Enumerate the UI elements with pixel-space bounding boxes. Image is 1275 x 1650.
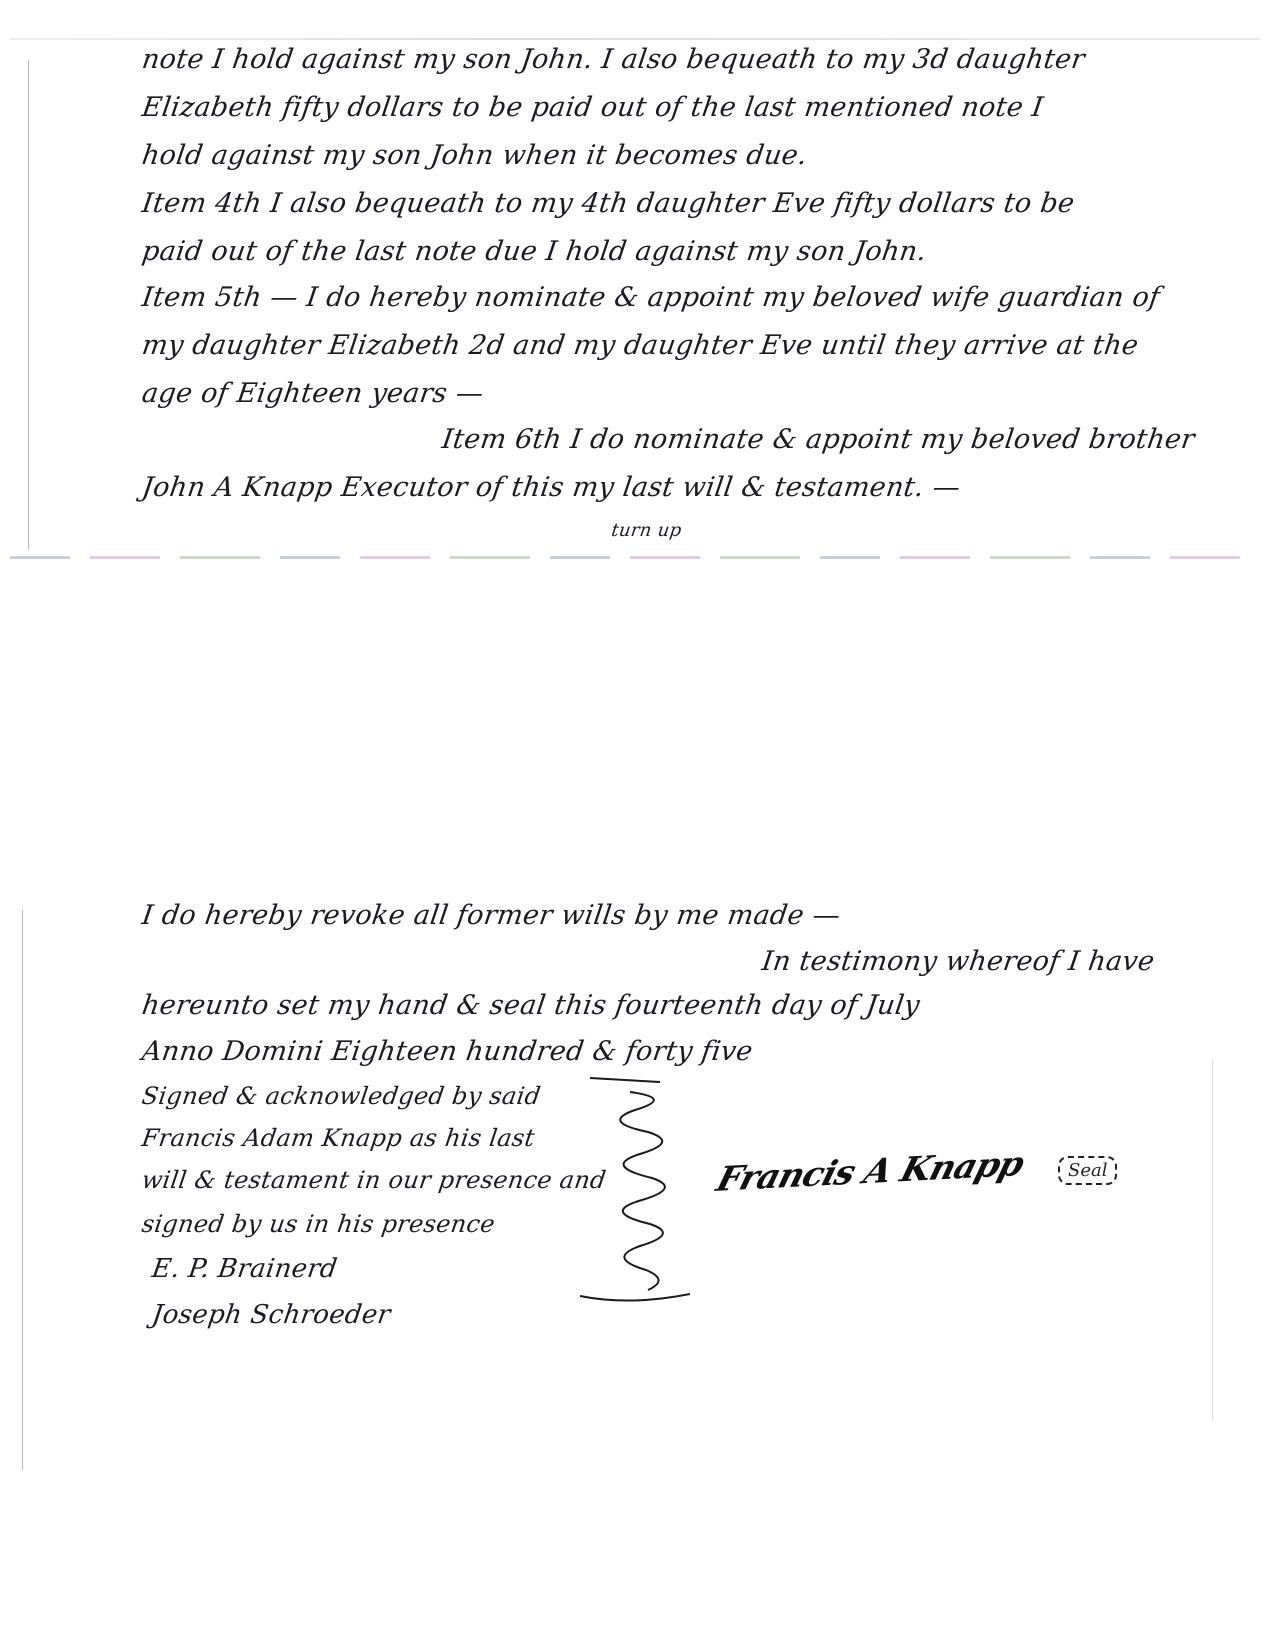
will-line-5: paid out of the last note due I hold aga… [140,236,929,267]
attestation-line-3: will & testament in our presence and [140,1166,608,1194]
scan-edge-line [10,38,1260,40]
seal-label: Seal [1068,1160,1107,1181]
attestation-line-2: Francis Adam Knapp as his last [140,1124,537,1152]
witness-signature-1: E. P. Brainerd [150,1254,339,1284]
will-line-7: my daughter Elizabeth 2d and my daughter… [140,330,1140,361]
date-line-1: hereunto set my hand & seal this fourtee… [140,990,922,1021]
testimony-clause: In testimony whereof I have [760,946,1157,977]
will-item-4: Item 4th I also bequeath to my 4th daugh… [140,188,1077,219]
attestation-brace-icon [570,1070,690,1310]
will-line-2: Elizabeth fifty dollars to be paid out o… [140,92,1045,123]
will-fragment-bottom: I do hereby revoke all former wills by m… [0,860,1275,1500]
seal-mark: Seal [1058,1156,1117,1185]
will-line-8: age of Eighteen years — [140,378,486,409]
witness-signature-2: Joseph Schroeder [150,1300,393,1330]
will-line-1: note I hold against my son John. I also … [140,44,1087,75]
right-margin-rule [1212,1060,1213,1420]
date-line-2: Anno Domini Eighteen hundred & forty fiv… [140,1036,755,1067]
will-item-5: Item 5th — I do hereby nominate & appoin… [140,282,1162,313]
turn-up-note: turn up [610,520,683,541]
left-margin-rule [28,60,29,550]
will-line-10: John A Knapp Executor of this my last wi… [140,472,962,503]
will-item-6: Item 6th I do nominate & appoint my belo… [440,424,1197,455]
attestation-line-1: Signed & acknowledged by said [140,1082,543,1110]
revocation-clause: I do hereby revoke all former wills by m… [140,900,842,931]
will-line-3: hold against my son John when it becomes… [140,140,809,171]
testator-signature: Francis A Knapp [712,1144,1027,1200]
scan-edge-line [10,556,1260,559]
left-margin-rule [22,910,23,1470]
will-fragment-top: note I hold against my son John. I also … [0,0,1275,560]
scanned-will-page: note I hold against my son John. I also … [0,0,1275,1650]
attestation-line-4: signed by us in his presence [140,1210,497,1238]
